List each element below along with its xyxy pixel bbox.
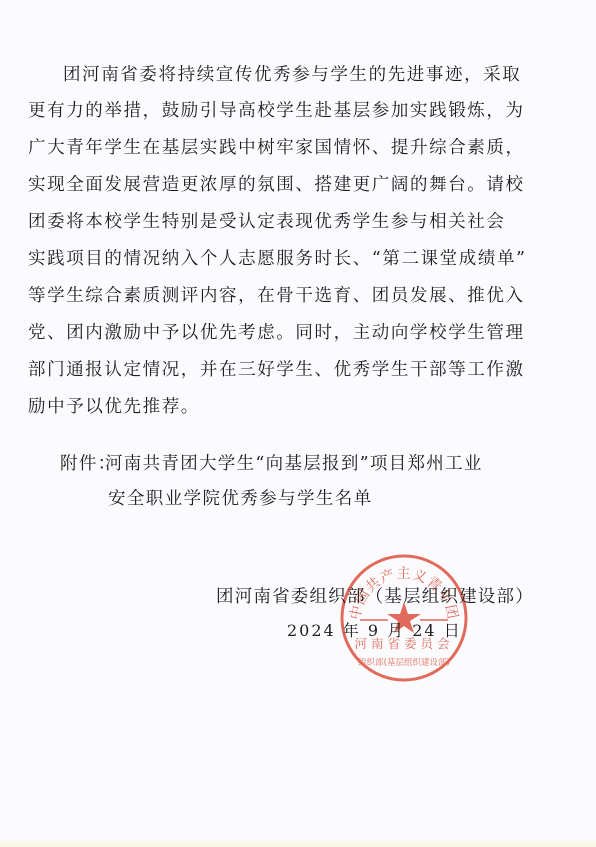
page-bottom-edge	[0, 841, 596, 847]
body-line-2: 更有力的举措，鼓励引导高校学生赴基层参加实践锻炼，为	[28, 100, 498, 122]
svg-text:组织部(基层组织建设部): 组织部(基层组织建设部)	[358, 657, 450, 668]
issue-date: 2024 年 9 月 24 日	[287, 620, 462, 642]
document-page: 团河南省委将持续宣传优秀参与学生的先进事迹，采取 更有力的举措，鼓励引导高校学生…	[0, 0, 596, 847]
body-line-6: 实践项目的情况纳入个人志愿服务时长、“第二课堂成绩单”	[28, 248, 498, 270]
body-line-10: 励中予以优先推荐。	[28, 396, 498, 418]
body-line-3: 广大青年学生在基层实践中树牢家国情怀、提升综合素质，	[28, 137, 498, 159]
attachment-title-line2: 安全职业学院优秀参与学生名单	[108, 488, 373, 510]
body-line-5: 团委将本校学生特别是受认定表现优秀学生参与相关社会	[28, 211, 498, 233]
official-seal-icon: 中国共产主义青年团 河南省委员会 组织部(基层组织建设部)	[338, 552, 470, 684]
attachment-title-line1: 河南共青团大学生“向基层报到”项目郑州工业	[105, 453, 483, 475]
body-line-7: 等学生综合素质测评内容，在骨干选育、团员发展、推优入	[28, 285, 498, 307]
issuing-organization: 团河南省委组织部（基层组织建设部）	[216, 586, 534, 608]
body-line-8: 党、团内激励中予以优先考虑。同时，主动向学校学生管理	[28, 322, 498, 344]
body-line-1: 团河南省委将持续宣传优秀参与学生的先进事迹，采取	[63, 64, 498, 86]
body-line-4: 实现全面发展营造更浓厚的氛围、搭建更广阔的舞台。请校	[28, 174, 498, 196]
body-line-9: 部门通报认定情况，并在三好学生、优秀学生干部等工作激	[28, 359, 498, 381]
